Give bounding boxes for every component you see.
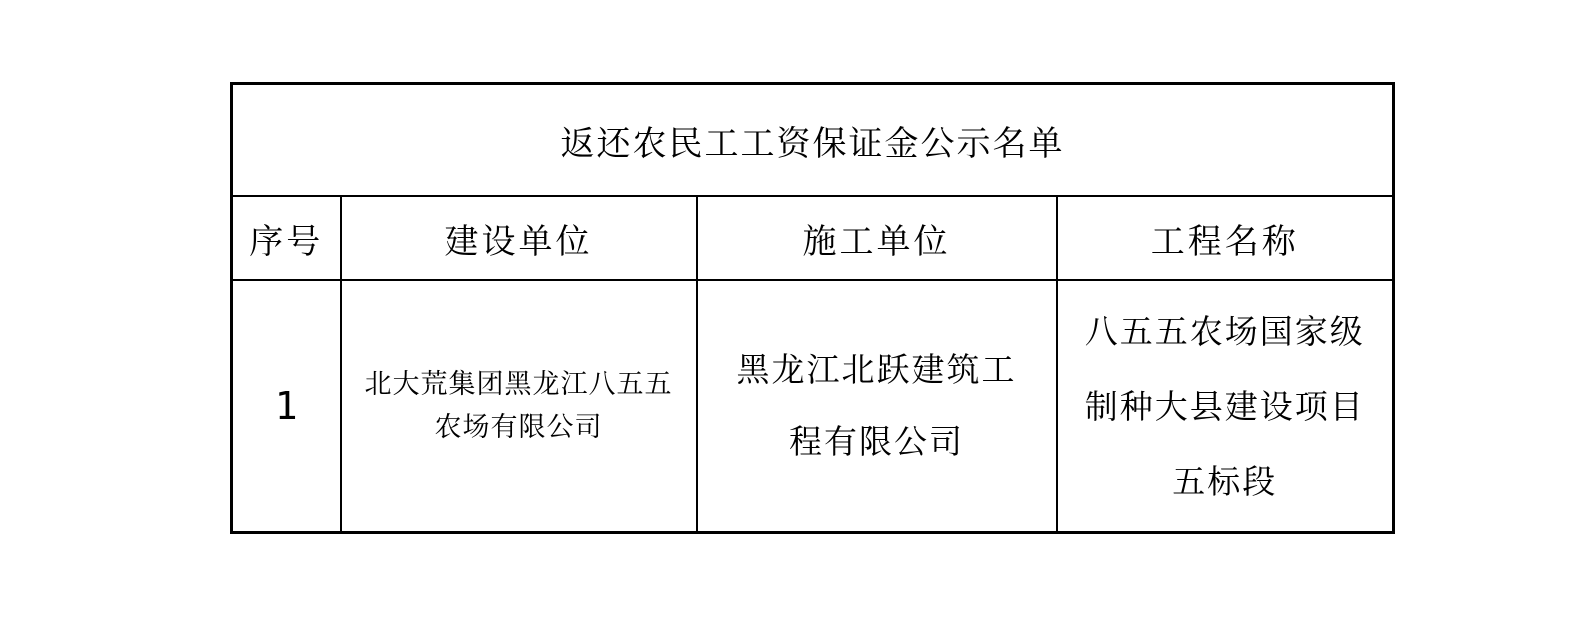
project-name-line-1: 八五五农场国家级	[1058, 294, 1393, 369]
page: { "theme": { "background": "#ffffff", "b…	[0, 0, 1577, 619]
header-serial-number: 序号	[232, 196, 341, 280]
title-row: 返还农民工工资保证金公示名单	[232, 84, 1394, 197]
table-title: 返还农民工工资保证金公示名单	[232, 84, 1394, 197]
project-name-line-3: 五标段	[1058, 444, 1393, 519]
header-contractor: 施工单位	[697, 196, 1057, 280]
header-row: 序号 建设单位 施工单位 工程名称	[232, 196, 1394, 280]
cell-serial-number: 1	[232, 280, 341, 533]
header-construction-unit: 建设单位	[341, 196, 697, 280]
cell-contractor: 黑龙江北跃建筑工 程有限公司	[697, 280, 1057, 533]
construction-unit-line-1: 北大荒集团黑龙江八五五	[342, 363, 696, 406]
project-name-line-2: 制种大县建设项目	[1058, 369, 1393, 444]
cell-project-name: 八五五农场国家级 制种大县建设项目 五标段	[1057, 280, 1394, 533]
contractor-line-1: 黑龙江北跃建筑工	[698, 334, 1056, 406]
table-row: 1 北大荒集团黑龙江八五五 农场有限公司 黑龙江北跃建筑工 程有限公司 八五五农…	[232, 280, 1394, 533]
header-project-name: 工程名称	[1057, 196, 1394, 280]
construction-unit-line-2: 农场有限公司	[342, 406, 696, 449]
cell-construction-unit: 北大荒集团黑龙江八五五 农场有限公司	[341, 280, 697, 533]
contractor-line-2: 程有限公司	[698, 406, 1056, 478]
wage-deposit-notice-table: 返还农民工工资保证金公示名单 序号 建设单位 施工单位 工程名称 1 北大荒集团…	[230, 82, 1395, 534]
document-canvas: 返还农民工工资保证金公示名单 序号 建设单位 施工单位 工程名称 1 北大荒集团…	[0, 0, 1577, 619]
